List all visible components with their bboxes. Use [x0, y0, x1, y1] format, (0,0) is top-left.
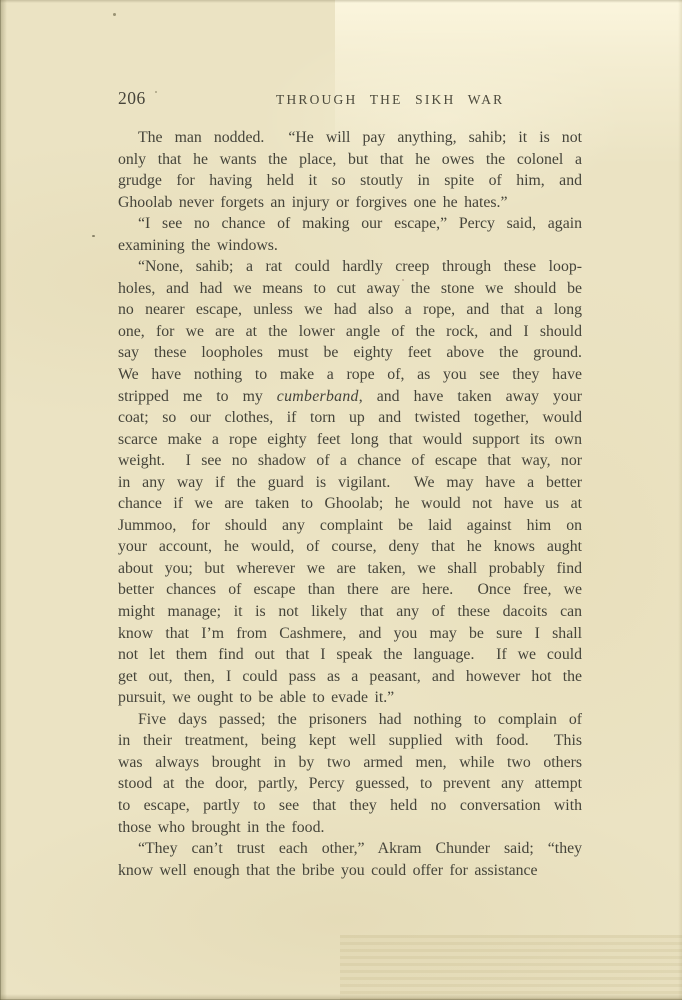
book-page: 206 THROUGH THE SIKH WAR The man nodded.… — [0, 0, 682, 1000]
text-line: about you; but wherever we are taken, we… — [118, 558, 582, 580]
text-line: no nearer escape, unless we had also a r… — [118, 299, 582, 321]
page-edge-right — [678, 0, 682, 1000]
page-edge-top — [0, 0, 682, 3]
text-line: Five days passed; the prisoners had noth… — [118, 709, 582, 731]
text-line: Ghoolab never forgets an injury or forgi… — [118, 192, 582, 214]
text-line: The man nodded. “He will pay anything, s… — [118, 127, 582, 149]
text-line: might manage; it is not likely that any … — [118, 601, 582, 623]
scan-bottom-band — [340, 935, 682, 1000]
text-line: only that he wants the place, but that h… — [118, 149, 582, 171]
text-line: weight. I see no shadow of a chance of e… — [118, 450, 582, 472]
text-line: stripped me to my cumberband, and have t… — [118, 386, 582, 408]
text-line: not let them find out that I speak the l… — [118, 644, 582, 666]
text-line: chance if we are taken to Ghoolab; he wo… — [118, 493, 582, 515]
text-line: get out, then, I could pass as a peasant… — [118, 666, 582, 688]
paper-speck — [113, 13, 116, 16]
text-line: examining the windows. — [118, 235, 582, 257]
paper-speck — [92, 235, 95, 237]
text-line: We have nothing to make a rope of, as yo… — [118, 364, 582, 386]
body-text: The man nodded. “He will pay anything, s… — [118, 127, 582, 881]
text-line: “I see no chance of making our escape,” … — [118, 213, 582, 235]
text-line: say these loopholes must be eighty feet … — [118, 342, 582, 364]
text-line: “None, sahib; a rat could hardly creep t… — [118, 256, 582, 278]
page-edge-left — [0, 0, 7, 1000]
text-line: was always brought in by two armed men, … — [118, 752, 582, 774]
text-line: in their treatment, being kept well supp… — [118, 730, 582, 752]
page-number: 206 — [118, 88, 146, 109]
text-line: one, for we are at the lower angle of th… — [118, 321, 582, 343]
text-line: your account, he would, of course, deny … — [118, 536, 582, 558]
text-line: stood at the door, partly, Percy guessed… — [118, 773, 582, 795]
text-line: in any way if the guard is vigilant. We … — [118, 472, 582, 494]
text-line: Jummoo, for should any complaint be laid… — [118, 515, 582, 537]
text-line: coat; so our clothes, if torn up and twi… — [118, 407, 582, 429]
text-line: scarce make a rope eighty feet long that… — [118, 429, 582, 451]
text-line: “They can’t trust each other,” Akram Chu… — [118, 838, 582, 860]
text-line: grudge for having held it so stoutly in … — [118, 170, 582, 192]
text-line: better chances of escape than there are … — [118, 579, 582, 601]
page-header: 206 THROUGH THE SIKH WAR — [118, 88, 582, 110]
text-line: pursuit, we ought to be able to evade it… — [118, 687, 582, 709]
text-line: to escape, partly to see that they held … — [118, 795, 582, 817]
page-edge-bottom — [0, 994, 682, 1000]
running-title: THROUGH THE SIKH WAR — [276, 92, 504, 108]
text-line: those who brought in the food. — [118, 817, 582, 839]
text-line: know that I’m from Cashmere, and you may… — [118, 623, 582, 645]
text-line: holes, and had we means to cut away the … — [118, 278, 582, 300]
text-line: know well enough that the bribe you coul… — [118, 860, 582, 882]
